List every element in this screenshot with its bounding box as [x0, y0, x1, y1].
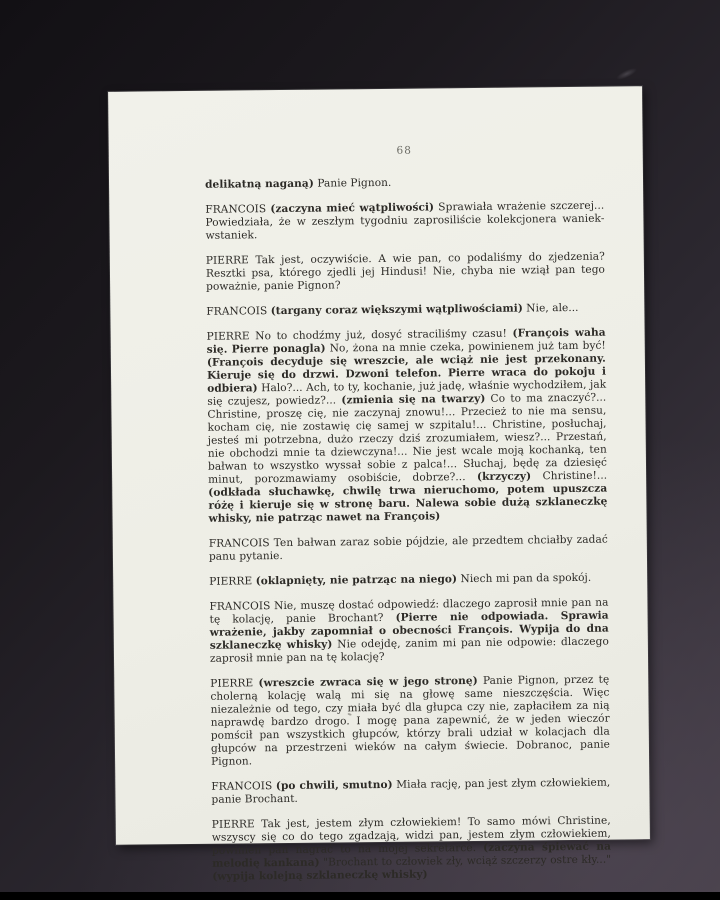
script-paragraph: PIERRE Tak jest, oczywiście. A wie pan, … — [206, 251, 605, 294]
dialogue-text: "Brochant to człowiek zły, wciąż szczerz… — [320, 854, 612, 869]
script-text-block: delikatną naganą) Panie Pignon.FRANCOIS … — [205, 175, 611, 884]
dialogue-text: FRANCOIS — [211, 780, 276, 793]
stage-direction: (zaczyna mieć wątpliwości) — [270, 201, 434, 215]
dialogue-text: PIERRE — [210, 677, 258, 690]
script-paragraph: FRANCOIS (zaczyna mieć wątpliwości) Spra… — [205, 200, 604, 243]
script-paragraph: PIERRE (oklapnięty, nie patrząc na niego… — [209, 572, 608, 589]
stage-direction: (po chwili, smutno) — [276, 779, 393, 792]
script-paragraph: PIERRE No to chodźmy już, dosyć stracili… — [207, 327, 608, 526]
dialogue-text: PIERRE — [209, 575, 256, 587]
script-paragraph: PIERRE Tak jest, jestem złym człowiekiem… — [212, 815, 612, 884]
dialogue-text: FRANCOIS — [206, 305, 270, 318]
dialogue-text: Christine!... — [531, 470, 607, 483]
script-page: 68 delikatną naganą) Panie Pignon.FRANCO… — [108, 86, 650, 845]
stage-direction: (wypija kolejną szklaneczkę whisky) — [212, 869, 427, 883]
dialogue-text: Niech mi pan da spokój. — [457, 572, 591, 585]
dialogue-text: Panie Pignon. — [314, 177, 392, 190]
dialogue-text: PIERRE Tak jest, oczywiście. A wie pan, … — [206, 251, 605, 293]
stage-direction: (wreszcie zwraca się w jego stronę) — [258, 675, 477, 689]
dialogue-text: FRANCOIS — [205, 203, 270, 216]
dialogue-text: FRANCOIS Ten bałwan zaraz sobie pójdzie,… — [209, 534, 608, 563]
stage-direction: (oklapnięty, nie patrząc na niego) — [256, 573, 458, 587]
stage-direction: (odkłada słuchawkę, chwilę trwa nierucho… — [208, 483, 607, 525]
script-paragraph: PIERRE (wreszcie zwraca się w jego stron… — [210, 674, 610, 769]
script-paragraph: FRANCOIS (targany coraz większymi wątpli… — [206, 302, 605, 319]
script-paragraph: FRANCOIS Nie, muszę dostać odpowiedź: dl… — [209, 597, 609, 666]
script-paragraph: FRANCOIS Ten bałwan zaraz sobie pójdzie,… — [209, 534, 608, 564]
page-content: 68 delikatną naganą) Panie Pignon.FRANCO… — [108, 86, 650, 897]
stage-direction: (zmienia się na twarzy) — [341, 393, 485, 407]
script-paragraph: FRANCOIS (po chwili, smutno) Miała rację… — [211, 777, 610, 807]
dialogue-text: Nie, ale... — [523, 302, 579, 315]
script-paragraph: delikatną naganą) Panie Pignon. — [205, 175, 604, 192]
stage-direction: delikatną naganą) — [205, 178, 314, 191]
page-number: 68 — [205, 143, 604, 159]
stage-direction: (krzyczy) — [477, 470, 531, 483]
stage-direction: (targany coraz większymi wątpliwościami) — [271, 302, 523, 317]
